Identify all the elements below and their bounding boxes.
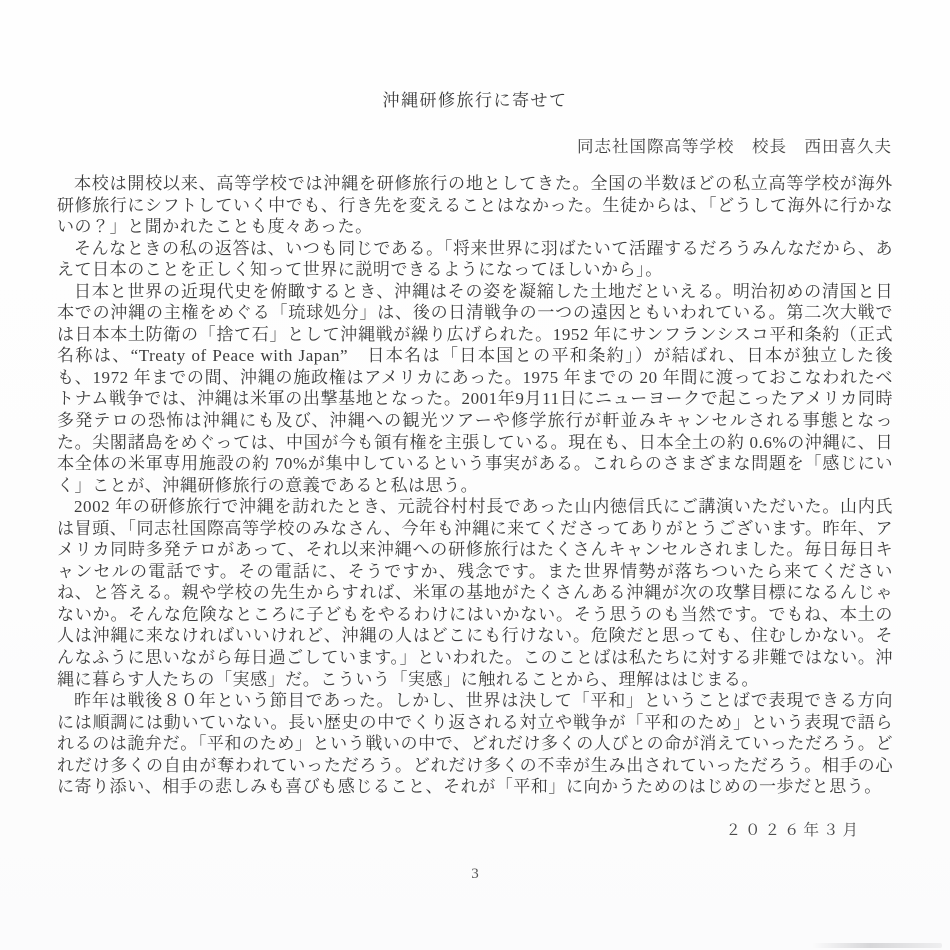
date-line: ２０２６年３月 (0, 818, 862, 840)
page-number: 3 (0, 866, 950, 883)
paragraph: 日本と世界の近現代史を俯瞰するとき、沖縄はその姿を凝縮した土地だといえる。明治初… (57, 281, 893, 496)
paragraph: 本校は開校以来、高等学校では沖縄を研修旅行の地としてきた。全国の半数ほどの私立高… (57, 173, 893, 238)
document-title: 沖縄研修旅行に寄せて (0, 0, 950, 111)
document-body: 本校は開校以来、高等学校では沖縄を研修旅行の地としてきた。全国の半数ほどの私立高… (57, 173, 893, 798)
paragraph: 昨年は戦後８０年という節目であった。しかし、世界は決して「平和」ということばで表… (57, 690, 893, 798)
paragraph: そんなときの私の返答は、いつも同じである。「将来世界に羽ばたいて活躍するだろうみ… (57, 238, 893, 281)
paragraph: 2002 年の研修旅行で沖縄を訪れたとき、元読谷村村長であった山内徳信氏にご講演… (57, 496, 893, 690)
scan-smudge-artifact (812, 943, 942, 948)
scanned-document-page: 沖縄研修旅行に寄せて 同志社国際高等学校 校長 西田喜久夫 本校は開校以来、高等… (0, 0, 950, 950)
byline: 同志社国際高等学校 校長 西田喜久夫 (0, 133, 892, 157)
